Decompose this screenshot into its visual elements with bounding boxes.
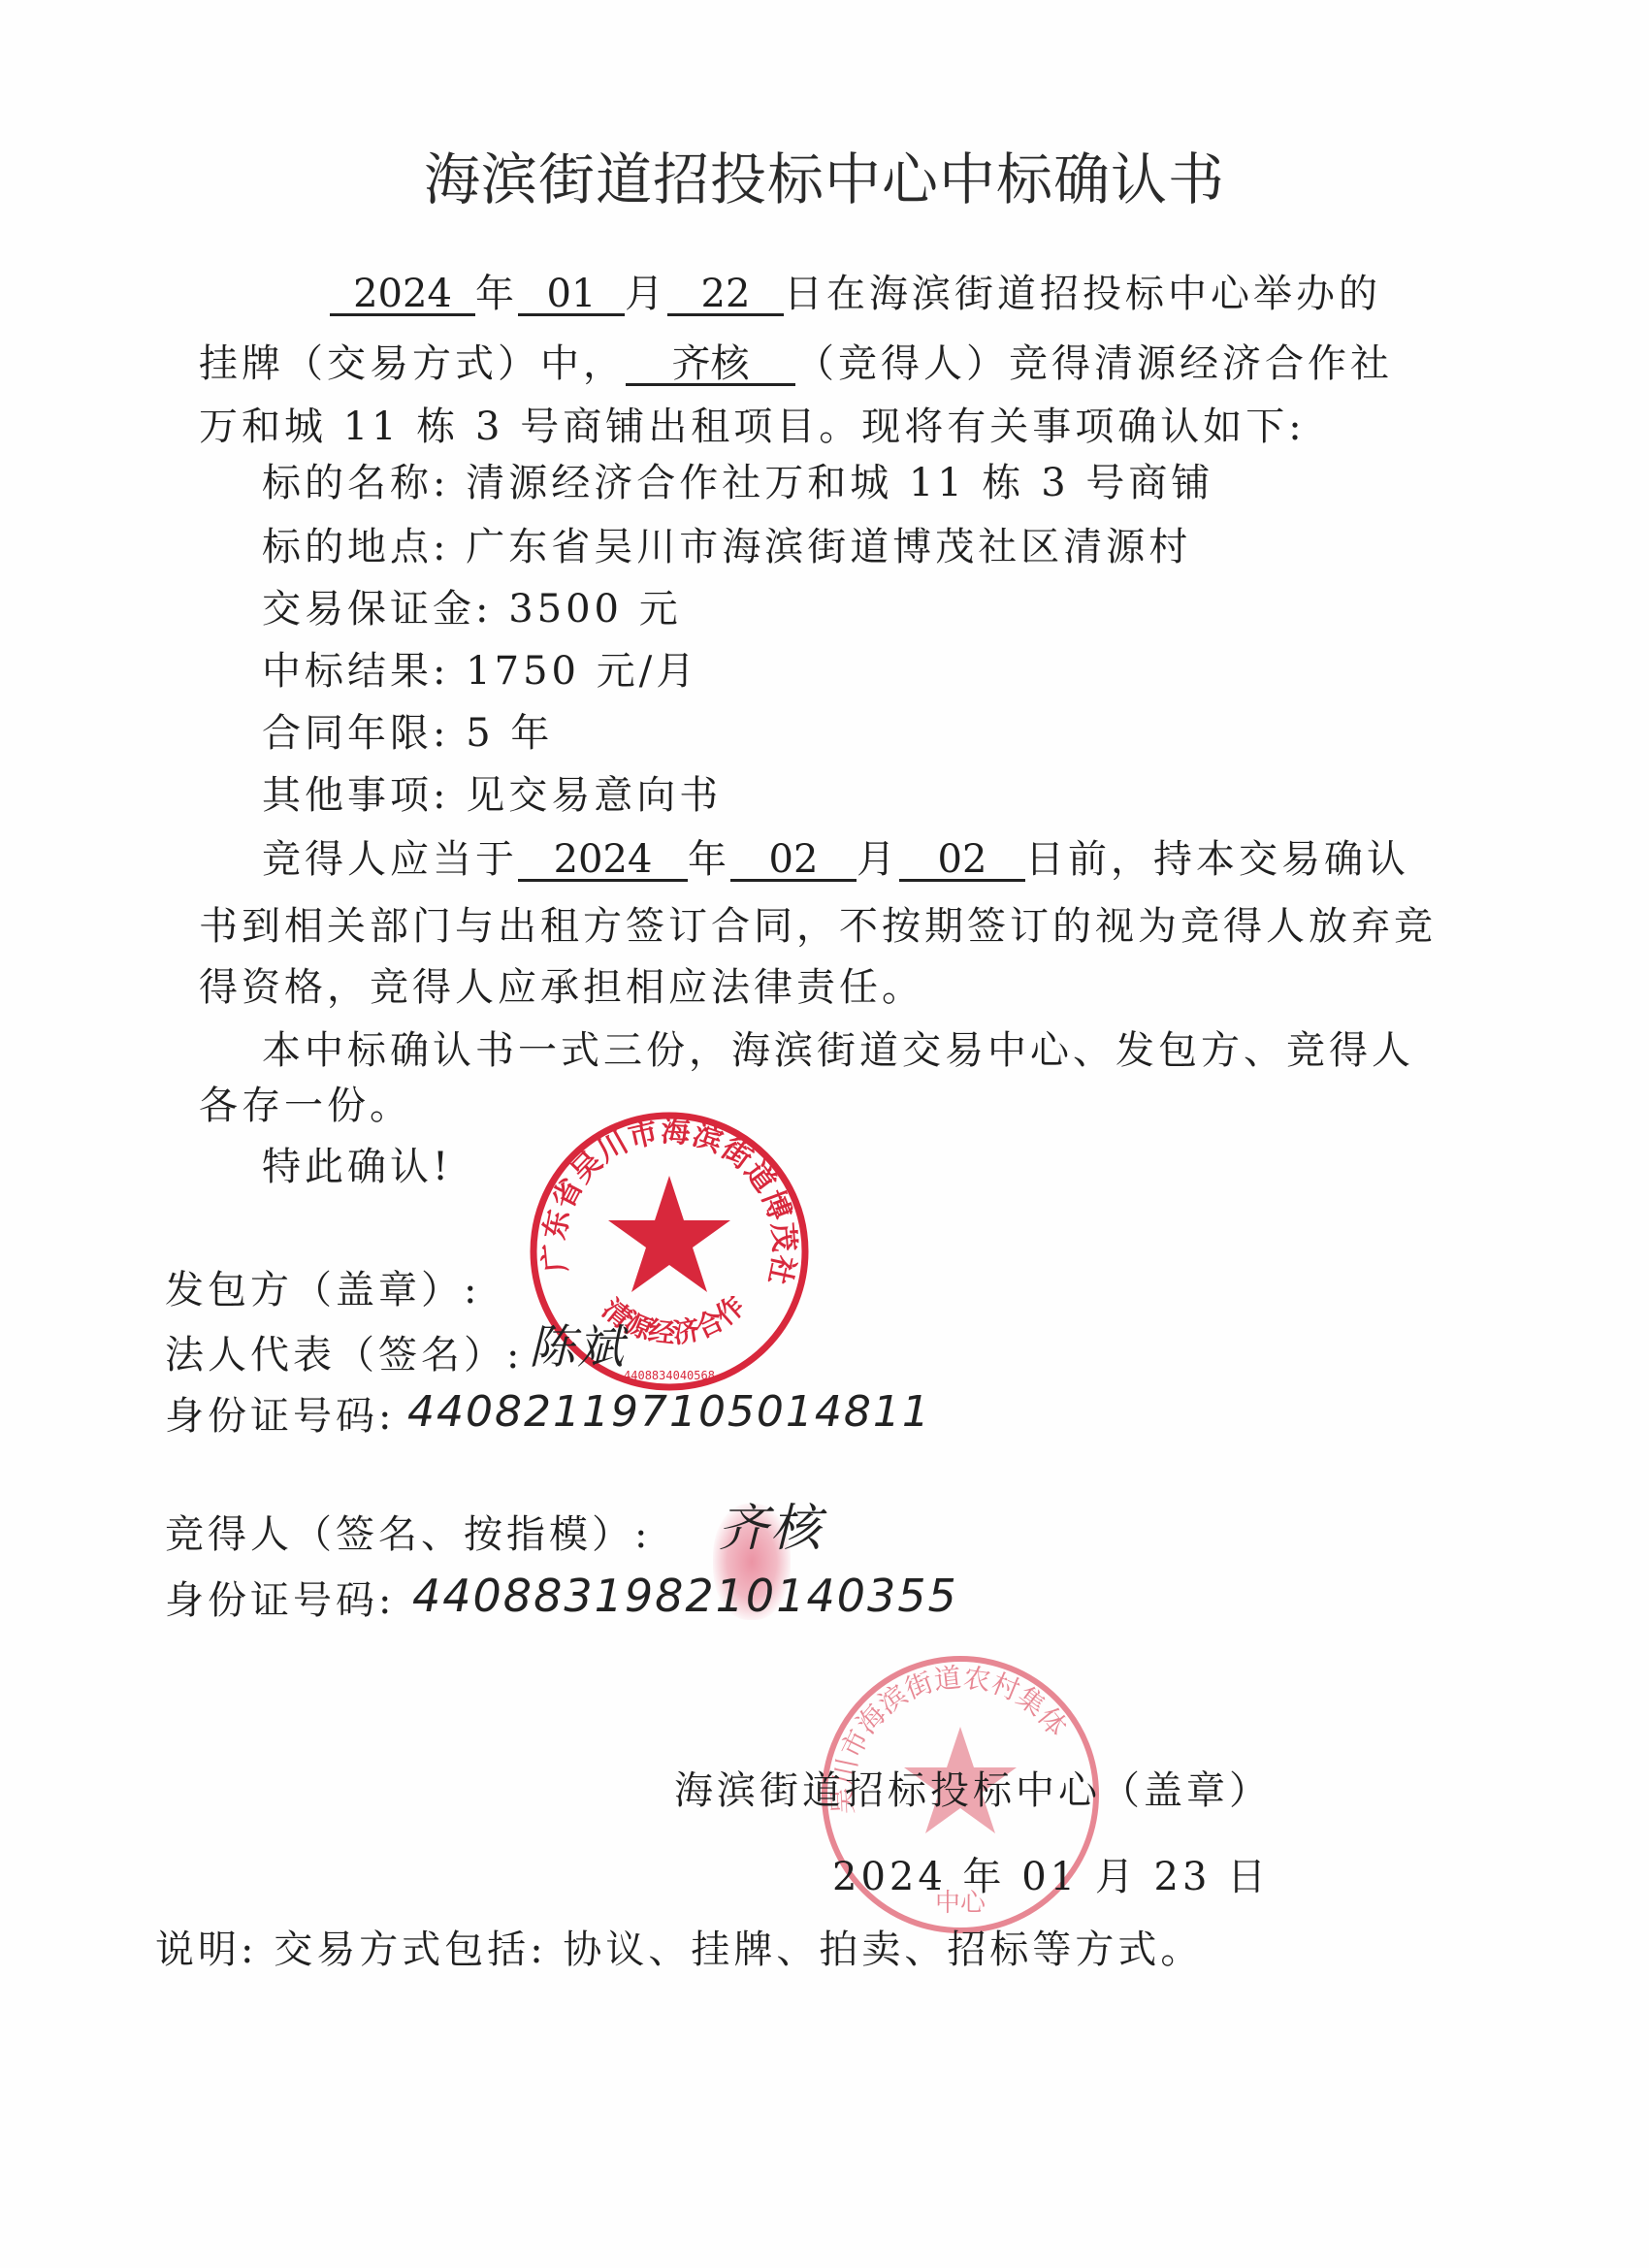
intro-line-1: 2024年01月22日在海滨街道招投标中心举办的	[330, 275, 1381, 316]
item-contract-term: 合同年限: 5 年	[262, 714, 553, 753]
winner-signature: 齐核	[718, 1504, 823, 1554]
winner-id-label: 身份证号码:	[165, 1581, 395, 1620]
item-subject-location: 标的地点: 广东省吴川市海滨街道博茂社区清源村	[262, 528, 1191, 567]
intro-month: 01	[518, 275, 625, 316]
deadline-line-1: 竞得人应当于2024年02月02日前，持本交易确认	[262, 840, 1409, 882]
intro-day: 22	[667, 275, 784, 316]
item-result: 中标结果: 1750 元/月	[262, 652, 698, 691]
deadline-year: 2024	[518, 840, 688, 882]
center-seal-label: 海滨街道招标投标中心（盖章）	[674, 1771, 1272, 1810]
document-title: 海滨街道招投标中心中标确认书	[0, 134, 1649, 215]
winner-sign-label: 竞得人（签名、按指模）:	[165, 1515, 651, 1554]
deadline-line-2: 书到相关部门与出租方签订合同，不按期签订的视为竞得人放弃竞	[199, 907, 1437, 946]
item-deposit: 交易保证金: 3500 元	[262, 590, 682, 629]
deadline-month: 02	[730, 840, 857, 882]
item-subject-name: 标的名称: 清源经济合作社万和城 11 栋 3 号商铺	[262, 464, 1213, 502]
winner-id-value: 440883198210140355	[412, 1573, 958, 1618]
issuer-id-value: 440821197105014811	[407, 1391, 931, 1434]
intro-year: 2024	[330, 275, 475, 316]
svg-text:4408834040568: 4408834040568	[624, 1369, 715, 1382]
copies-line-1: 本中标确认书一式三份，海滨街道交易中心、发包方、竞得人	[262, 1031, 1414, 1070]
copies-line-2: 各存一份。	[199, 1086, 412, 1125]
winner-name: 齐核	[626, 344, 795, 386]
issuer-rep-signature: 陈斌	[529, 1324, 626, 1371]
document-page: 海滨街道招投标中心中标确认书 2024年01月22日在海滨街道招投标中心举办的 …	[0, 0, 1649, 2268]
note-text: 说明: 交易方式包括: 协议、挂牌、拍卖、招标等方式。	[155, 1930, 1203, 1969]
issuer-seal-label: 发包方（盖章）:	[165, 1271, 480, 1310]
confirm-text: 特此确认!	[262, 1148, 452, 1186]
deadline-line-3: 得资格，竞得人应承担相应法律责任。	[199, 968, 924, 1007]
intro-line-2: 挂牌（交易方式）中，齐核（竞得人）竞得清源经济合作社	[199, 344, 1393, 386]
deadline-day: 02	[899, 840, 1025, 882]
issuer-rep-label: 法人代表（签名）:	[165, 1336, 523, 1375]
intro-line-3: 万和城 11 栋 3 号商铺出租项目。现将有关事项确认如下:	[199, 407, 1306, 446]
item-other: 其他事项: 见交易意向书	[262, 776, 722, 815]
issuer-id-label: 身份证号码:	[165, 1397, 395, 1436]
center-date: 2024 年 01 月 23 日	[832, 1858, 1270, 1896]
